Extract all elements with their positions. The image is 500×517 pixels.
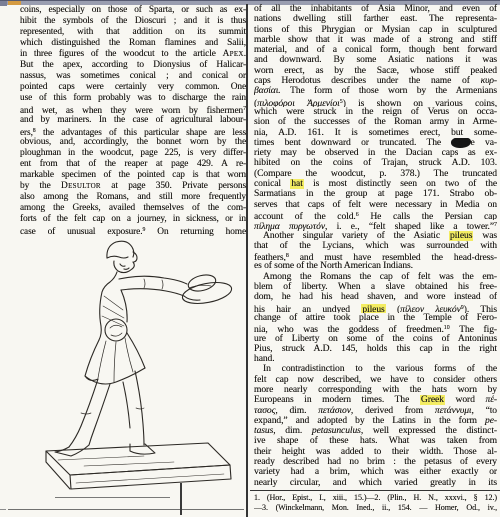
text-line: nations dwelling still farther east. The… [254,14,497,24]
text-segment: hand. [254,354,275,364]
text-segment: τασος [254,406,275,416]
text-segment: by the [20,181,61,191]
text-segment: Europeans in modern times. The [254,395,420,405]
text-line: of all the inhabitants of Asia Minor, an… [254,4,497,14]
text-segment: and wet, as when they were worn by fishe… [20,106,243,115]
text-segment: πίλεον λευκόν [400,304,461,313]
text-segment: times bent downward or truncated. The [254,138,451,148]
text-segment: riety may be observed in the Dacian caps… [254,148,497,158]
footnote-marker: 7 [494,222,497,228]
text-line: (Compare the woodcut, p. 378.) The trunc… [254,169,497,179]
highlighted-term: Greek [420,395,445,405]
text-line: their height was added to their width. T… [254,447,497,457]
text-line: But the apex, according to Dionysius of … [20,60,246,71]
text-line: conical hat is most distinctly seen on t… [254,179,497,189]
text-line: Another singular variety of the Asiatic … [254,231,497,241]
text-line: Among the Romans the cap of felt was the… [254,272,497,282]
text-line: and by mariners. In the case of agricult… [20,115,246,126]
page-scan: coins, especially on those of Sparta, or… [0,0,500,517]
text-segment: Desultor [61,181,101,191]
text-line: nassus, was sometimes conical ; and coni… [20,71,246,82]
text-line: sion of the successes of the Roman army … [254,117,497,127]
text-segment: more nearly corresponding with the hats … [254,385,497,395]
text-segment: material, and of a conical form, though … [254,45,497,55]
text-segment: On returning home [145,227,246,236]
text-segment: hibit the symbols of the Dioscuri ; and … [20,16,246,26]
scan-artifact-dash [0,509,6,510]
text-segment: conical [254,179,290,189]
text-segment: worn erect, as by the Sacæ, whose stiff … [254,66,497,76]
text-segment: πιλοφόροι Ἀρμενίοι [257,98,340,107]
scan-artifact-fold [180,483,182,515]
text-segment: in three figures of the woodcut to the a… [20,49,223,59]
text-line: among the Greeks, availed themselves of … [20,203,246,214]
text-line: Sarmatians in the group at page 171. Str… [254,189,497,199]
text-segment: , dim. [273,426,312,436]
scan-artifact-line [8,509,244,510]
text-line: and downward. By some Asiatic nations it… [254,55,497,65]
text-segment: and by mariners. In the case of agricult… [20,115,246,125]
text-segment: Sarmatians in the group at page 171. Str… [254,189,497,199]
text-line: caps Herodotus describes under the name … [254,76,497,86]
text-segment: The fig- [450,324,497,333]
text-segment: πέ- [486,395,497,405]
text-line: also among the Romans, and still more fr… [20,192,246,203]
text-segment: But the apex, according to Dionysius of … [20,60,246,70]
text-line: (πιλοφόροι Ἀρμενίοι5) is shown on variou… [254,97,497,107]
left-column: coins, especially on those of Sparta, or… [20,5,246,236]
text-segment: which were struck in the reign of Verus … [254,107,497,117]
text-line: riety may be observed in the Dacian caps… [254,148,497,158]
text-line: by the Desultor at page 350. Private per… [20,181,246,192]
text-segment: hibited on the coins of Trajan, struck A… [254,158,497,168]
text-line: that of the Lycians, which was surrounde… [254,241,497,251]
text-segment: The form of those worn by the Armenians [281,86,497,96]
text-line: markable specimen of the pointed cap is … [20,170,246,181]
text-line: forts of the felt cap on a journey, in s… [20,214,246,225]
text-line: tions of this Phrygian or Mysian cap in … [254,25,497,35]
text-segment: , well expressed the distinct- [361,426,497,436]
text-segment: of all the inhabitants of Asia Minor, an… [254,4,497,14]
text-segment: dom, he had his head shaven, and wore in… [254,292,497,302]
text-segment: tions of this Phrygian or Mysian cap in … [254,25,497,35]
text-line: feathers,8 and must have resembled the h… [254,251,497,261]
text-segment: case of unusual exposure. [20,227,142,236]
text-line: ure of Liberty on some of the coins of A… [254,334,497,344]
text-line: hand. [254,354,497,364]
text-segment: also among the Romans, and still more fr… [20,192,246,202]
text-segment: the advantages of this particular shape … [36,128,246,137]
text-segment: tasus [254,426,273,436]
text-segment: change of attire took place in the Templ… [254,313,497,323]
text-line: change of attire took place in the Templ… [254,313,497,323]
text-segment: , dim. [275,406,318,416]
text-line: blem of liberty. When a slave obtained h… [254,282,497,292]
text-line: In contradistinction to the various form… [254,364,497,374]
text-line: use of this form probably was to dischar… [20,93,246,104]
woodcut-figure [24,238,239,494]
text-segment: es of some of the North American Indians… [254,261,413,271]
text-line: and wet, as when they were worn by fishe… [20,104,246,115]
text-line: dom, he had his head shaven, and wore in… [254,292,497,302]
text-segment: serves that caps of felt were necessary … [254,200,497,210]
text-line: serves that caps of felt were necessary … [254,200,497,210]
text-line: nearly circular, and which varied greatl… [254,478,497,488]
text-line: marble show that it was made of a strong… [254,35,497,45]
text-segment: obvious, and, accordingly, the bonnet wo… [20,137,246,147]
text-line: his hair an undyed pileus (πίλεον λευκόν… [254,303,497,313]
text-line: times bent downward or truncated. The sa… [254,138,497,148]
text-segment: among the Greeks, availed themselves of … [20,203,246,213]
text-line: in three figures of the woodcut to the a… [20,49,246,60]
text-segment: nassus, was sometimes conical ; and coni… [20,71,246,81]
text-segment: πίλημα πυργωτόν [254,221,325,230]
text-line: βασίαι. The form of those worn by the Ar… [254,86,497,96]
text-segment: their height was added to their width. T… [254,447,497,457]
text-line: Pius, struck A.D. 145, holds this cap in… [254,344,497,354]
text-segment: expand,” and adopted by the Latins in th… [254,416,485,426]
text-segment: (Compare the woodcut, p. 378.) The trunc… [254,169,497,179]
text-segment: ure of Liberty on some of the coins of A… [254,334,497,344]
text-segment: caps Herodotus describes under the name … [254,76,481,86]
text-segment: his hair an undyed [254,304,361,313]
text-line: τασος, dim. πετάσιον, derived from πετάν… [254,406,497,416]
text-segment: sion of the successes of the Roman army … [254,117,497,127]
text-segment: which distinguished the Roman flamines a… [20,38,246,48]
text-segment: pe- [485,416,497,426]
text-line: coins, especially on those of Sparta, or… [20,5,246,16]
ink-smudge: sam [451,138,470,148]
text-line: ploughman in the woodcut, page 225, is v… [20,148,246,159]
text-line: —3. (Winckelmann, Mon. Ined., ii., 154. … [254,503,497,513]
text-segment: He calls the Persian cap [359,211,497,220]
text-line: Europeans in modern times. The Greek wor… [254,395,497,405]
text-segment: , derived from [351,406,435,416]
text-line: variety had a brim, which was either exa… [254,467,497,477]
text-segment: πετάννυμι [435,406,472,416]
text-line: ive shape of these hats. What was taken … [254,436,497,446]
text-line: account of the cold.6 He calls the Persi… [254,210,497,220]
text-segment: felt cap now described, we have to consi… [254,375,497,385]
text-line: case of unusual exposure.9 On returning … [20,225,246,236]
text-segment: that of the Lycians, which was surrounde… [254,241,497,251]
text-segment: is most distinctly seen on two of the [304,179,497,189]
text-segment: κυρ- [481,76,497,86]
text-line: hibited on the coins of Trajan, struck A… [254,158,497,168]
text-segment: ( [386,304,400,313]
text-line: nia, who was the goddess of freedmen.10 … [254,323,497,333]
highlighted-term: hat [290,179,303,189]
text-segment: nearly circular, and which varied greatl… [254,478,497,488]
footnote-rule [250,490,500,491]
text-segment: , “to [471,406,497,416]
text-segment: ers, [20,128,33,137]
text-line: tasus, dim. petasunculus, well expressed… [254,426,497,436]
text-segment: βασίαι. [254,86,281,96]
text-segment: at page 350. Private persons [101,181,246,191]
text-line: obvious, and, accordingly, the bonnet wo… [20,137,246,148]
text-segment: marble show that it was made of a strong… [254,35,497,45]
text-segment: blem of liberty. When a slave obtained h… [254,282,497,292]
text-segment: Pius, struck A.D. 145, holds this cap in… [254,344,497,354]
text-segment: Among the Romans the cap of felt was the… [263,272,497,282]
text-segment: ) is shown on various coins, [343,98,497,107]
text-line: πίλημα πυργωτόν, i. e., “felt shaped lik… [254,220,497,230]
text-line: pointed caps were certainly very common.… [20,82,246,93]
text-segment: account of the cold. [254,211,356,220]
text-segment: coins, especially on those of Sparta, or… [20,5,246,15]
text-line: worn erect, as by the Sacæ, whose stiff … [254,66,497,76]
text-segment: nations dwelling still farther east. The… [254,14,497,24]
text-segment: ive shape of these hats. What was taken … [254,436,497,446]
right-column: of all the inhabitants of Asia Minor, an… [254,4,497,488]
text-segment: and downward. By some Asiatic nations it… [254,55,497,65]
text-line: expand,” and adopted by the Latins in th… [254,416,497,426]
text-line: which distinguished the Roman flamines a… [20,38,246,49]
text-segment: represented, with that addition on its s… [20,27,246,37]
text-segment: feathers, [254,252,286,261]
text-segment: pointed caps were certainly very common.… [20,82,246,92]
text-segment: πετάσιον [318,406,351,416]
text-segment: word [445,395,486,405]
text-line: felt cap now described, we have to consi… [254,375,497,385]
text-segment: petasunculus [312,426,361,436]
text-segment: use of this form probably was to dischar… [20,93,246,103]
text-line: more nearly corresponding with the hats … [254,385,497,395]
text-segment: and must have resembled the head-dress- [289,252,497,261]
text-segment: ready described had no brim : the petasu… [254,457,497,467]
text-line: material, and of a conical form, though … [254,45,497,55]
footnotes: 1. (Hor., Epist., I., xiii., 15.)—2. (Pl… [254,493,497,513]
text-segment: Another singular variety of the Asiatic [263,231,449,241]
scan-artifact-line [55,497,170,498]
text-segment: ploughman in the woodcut, page 225, is v… [20,148,246,158]
text-segment: variety had a brim, which was either exa… [254,467,497,477]
text-line: 1. (Hor., Epist., I., xiii., 15.)—2. (Pl… [254,493,497,503]
pileus-cap-outline [107,241,134,258]
text-segment: ent from that of the reaper at page 429.… [20,159,246,169]
text-segment: was [473,231,497,241]
text-segment: nia, A.D. 161. It is sometimes erect, bu… [254,128,497,138]
highlighted-term: pileus [449,231,473,241]
text-segment: , i. e., “felt shaped like a tower.” [325,221,494,230]
text-line: ent from that of the reaper at page 429.… [20,159,246,170]
text-segment: forts of the felt cap on a journey, in s… [20,214,246,224]
text-line: which were struck in the reign of Verus … [254,107,497,117]
text-segment: ). This [464,304,497,313]
text-line: ers,8 the advantages of this particular … [20,126,246,137]
column-divider [246,4,248,517]
text-segment: Apex [223,49,244,59]
text-line: ready described had no brim : the petasu… [254,457,497,467]
text-line: represented, with that addition on its s… [20,27,246,38]
text-segment: nia, who was the goddess of freedmen. [254,324,444,333]
text-segment: markable specimen of the pointed cap is … [20,170,246,180]
text-line: hibit the symbols of the Dioscuri ; and … [20,16,246,27]
text-line: nia, A.D. 161. It is sometimes erect, bu… [254,128,497,138]
highlighted-term: pileus [361,304,385,313]
text-segment: 1. (Hor., Epist., I., xiii., 15.)—2. (Pl… [254,493,497,502]
text-line: es of some of the North American Indians… [254,261,497,271]
text-segment: —3. (Winckelmann, Mon. Ined., ii., 154. … [254,503,497,512]
text-segment: In contradistinction to the various form… [263,364,497,374]
window-corner [0,1,7,6]
text-segment: e va- [471,138,497,148]
